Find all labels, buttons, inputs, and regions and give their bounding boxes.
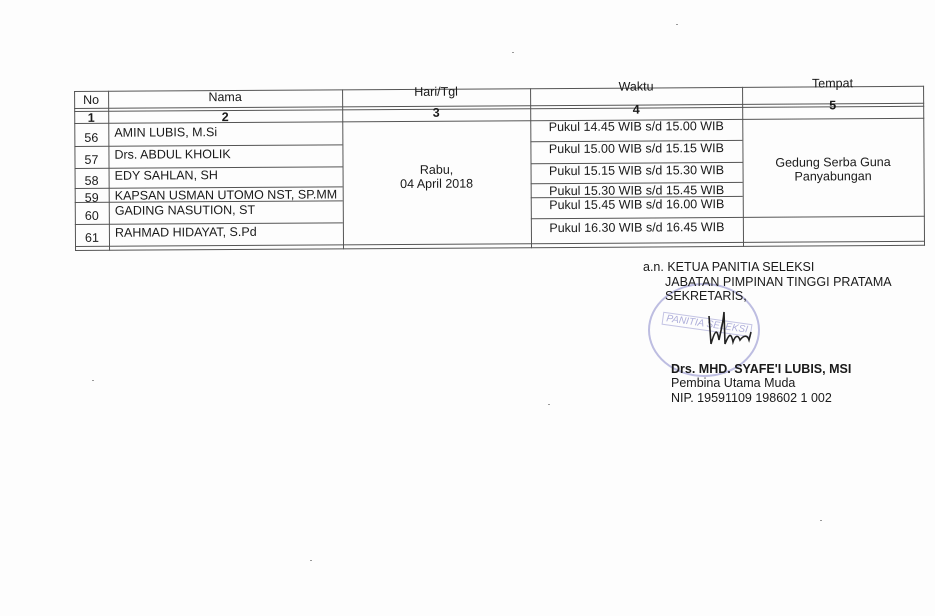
signatory-nip: NIP. 19591109 198602 1 002 xyxy=(643,391,892,406)
row-waktu: Pukul 14.45 WIB s/d 15.00 WIB xyxy=(530,119,742,134)
scan-speck xyxy=(820,520,822,521)
schedule-table: No Nama Hari/Tgl Waktu Tempat 1 2 3 4 5 … xyxy=(74,76,925,251)
row-waktu: Pukul 15.15 WIB s/d 15.30 WIB xyxy=(531,163,743,178)
row-nama: GADING NASUTION, ST xyxy=(115,202,341,217)
row-no: 56 xyxy=(74,131,108,145)
row-nama: RAHMAD HIDAYAT, S.Pd xyxy=(115,224,341,239)
row-nama: AMIN LUBIS, M.Si xyxy=(114,124,340,139)
row-waktu: Pukul 15.30 WIB s/d 15.45 WIB xyxy=(531,183,743,198)
header-no: No xyxy=(74,93,108,107)
row-waktu: Pukul 16.30 WIB s/d 16.45 WIB xyxy=(531,220,743,235)
col-number-1: 1 xyxy=(74,111,108,125)
row-nama: EDY SAHLAN, SH xyxy=(115,167,341,182)
col-number-2: 2 xyxy=(108,109,342,124)
scan-speck xyxy=(92,380,94,381)
scan-speck xyxy=(548,404,550,405)
row-no: 61 xyxy=(75,231,109,245)
col-number-5: 5 xyxy=(742,98,923,113)
col-number-4: 4 xyxy=(530,102,742,117)
row-no: 58 xyxy=(75,174,109,188)
signature-block: a.n. KETUA PANITIA SELEKSI JABATAN PIMPI… xyxy=(643,260,892,405)
tempat-cell: Gedung Serba Guna Panyabungan xyxy=(742,155,923,184)
signature-line-3: SEKRETARIS, xyxy=(643,289,892,304)
hari-text: Rabu, xyxy=(343,162,531,177)
signatory-rank: Pembina Utama Muda xyxy=(643,376,892,391)
row-no: 59 xyxy=(75,191,109,205)
signature-line-1: a.n. KETUA PANITIA SELEKSI xyxy=(643,260,892,275)
row-divider xyxy=(531,216,925,219)
scan-speck xyxy=(310,560,312,561)
document-page: No Nama Hari/Tgl Waktu Tempat 1 2 3 4 5 … xyxy=(0,0,935,616)
tempat-line-2: Panyabungan xyxy=(743,169,924,184)
row-waktu: Pukul 15.45 WIB s/d 16.00 WIB xyxy=(531,197,743,212)
signatory-name: Drs. MHD. SYAFE'I LUBIS, MSI xyxy=(643,362,892,377)
scan-speck xyxy=(512,52,514,53)
header-nama: Nama xyxy=(108,89,342,104)
header-tempat: Tempat xyxy=(742,76,923,91)
tanggal-text: 04 April 2018 xyxy=(343,176,531,191)
header-waktu: Waktu xyxy=(530,79,742,94)
row-waktu: Pukul 15.00 WIB s/d 15.15 WIB xyxy=(530,141,742,156)
row-nama: Drs. ABDUL KHOLIK xyxy=(114,146,340,161)
tempat-line-1: Gedung Serba Guna xyxy=(742,155,923,170)
header-hari-tgl: Hari/Tgl xyxy=(342,84,530,99)
row-no: 60 xyxy=(75,209,109,223)
row-nama: KAPSAN USMAN UTOMO NST, SP.MM xyxy=(115,187,341,202)
col-number-3: 3 xyxy=(342,105,530,120)
row-no: 57 xyxy=(74,153,108,167)
scan-speck xyxy=(676,24,678,25)
signature-line-2: JABATAN PIMPINAN TINGGI PRATAMA xyxy=(643,275,892,290)
hari-tgl-cell: Rabu, 04 April 2018 xyxy=(343,162,531,191)
